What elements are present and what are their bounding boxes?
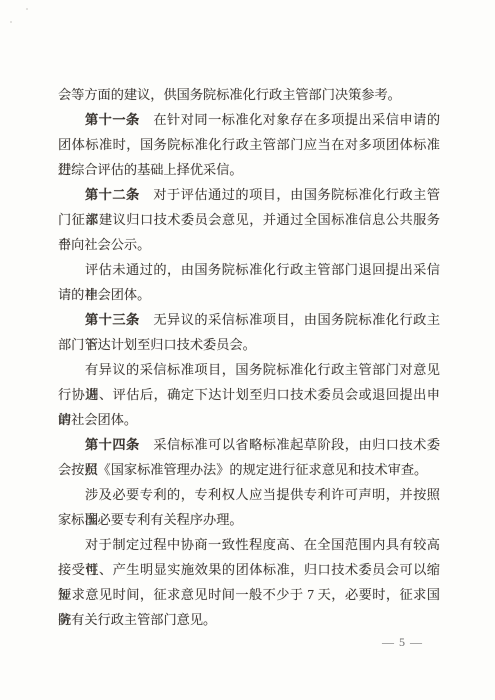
document-text-block: 会等方面的建议，供国务院标准化行政主管部门决策参考。第十一条 在针对同一标准化对… [58,82,440,632]
text-line: 征求意见时间，征求意见时间一般不少于 7 天，必要时，征求国务 [58,582,440,607]
text-line: 接受性、产生明显实施效果的团体标准，归口技术委员会可以缩短 [58,557,440,582]
article-number: 第十一条 [85,112,140,127]
text-line: 会按照《国家标准管理办法》的规定进行征求意见和技术审查。 [58,457,440,482]
text-line: 家标准必要专利有关程序办理。 [58,507,440,532]
text-line: 行协调、评估后，确定下达计划至归口技术委员会或退回提出申请 [58,382,440,407]
text-line: 第十四条 采信标准可以省略标准起草阶段，由归口技术委员 [58,432,440,457]
text-segment: 会等方面的建议，供国务院标准化行政主管部门决策参考。 [58,87,401,102]
text-line: 对于制定过程中协商一致性程度高、在全国范围内具有较高可 [58,532,440,557]
text-segment: 的社会团体。 [58,412,137,427]
text-line: 的社会团体。 [58,407,440,432]
page-number: — 5 — [382,634,423,650]
text-line: 行综合评估的基础上择优采信。 [58,157,440,182]
text-segment: 行综合评估的基础上择优采信。 [58,162,243,177]
text-segment: 部门下达计划至归口技术委员会。 [58,337,256,352]
text-segment: 会按照《国家标准管理办法》的规定进行征求意见和技术审查。 [58,462,427,477]
text-line: 会等方面的建议，供国务院标准化行政主管部门决策参考。 [58,82,440,107]
text-line: 有异议的采信标准项目，国务院标准化行政主管部门对意见进 [58,357,440,382]
article-number: 第十三条 [85,312,140,327]
text-line: 部门下达计划至归口技术委员会。 [58,332,440,357]
scan-speck [26,8,28,10]
text-line: 请的社会团体。 [58,282,440,307]
text-line: 门征求建议归口技术委员会意见，并通过全国标准信息公共服务平 [58,207,440,232]
text-segment: 台向社会公示。 [58,237,150,252]
scan-speck [10,21,12,23]
text-segment: 在针对同一标准化对象存在多项提出采信申请的 [140,112,440,127]
article-number: 第十四条 [85,437,140,452]
text-segment: 院有关行政主管部门意见。 [58,612,216,627]
text-line: 第十三条 无异议的采信标准项目，由国务院标准化行政主管 [58,307,440,332]
text-line: 台向社会公示。 [58,232,440,257]
text-segment: 请的社会团体。 [58,287,150,302]
text-segment: 家标准必要专利有关程序办理。 [58,512,243,527]
scanned-document-page: { "page": { "number_label": "— 5 —", "co… [0,0,495,700]
text-line: 评估未通过的，由国务院标准化行政主管部门退回提出采信申 [58,257,440,282]
text-line: 团体标准时，国务院标准化行政主管部门应当在对多项团体标准进 [58,132,440,157]
text-line: 第十一条 在针对同一标准化对象存在多项提出采信申请的 [58,107,440,132]
text-line: 院有关行政主管部门意见。 [58,607,440,632]
text-line: 第十二条 对于评估通过的项目，由国务院标准化行政主管部 [58,182,440,207]
document-sheet: 会等方面的建议，供国务院标准化行政主管部门决策参考。第十一条 在针对同一标准化对… [0,0,495,700]
text-line: 涉及必要专利的，专利权人应当提供专利许可声明，并按照国 [58,482,440,507]
article-number: 第十二条 [85,187,140,202]
